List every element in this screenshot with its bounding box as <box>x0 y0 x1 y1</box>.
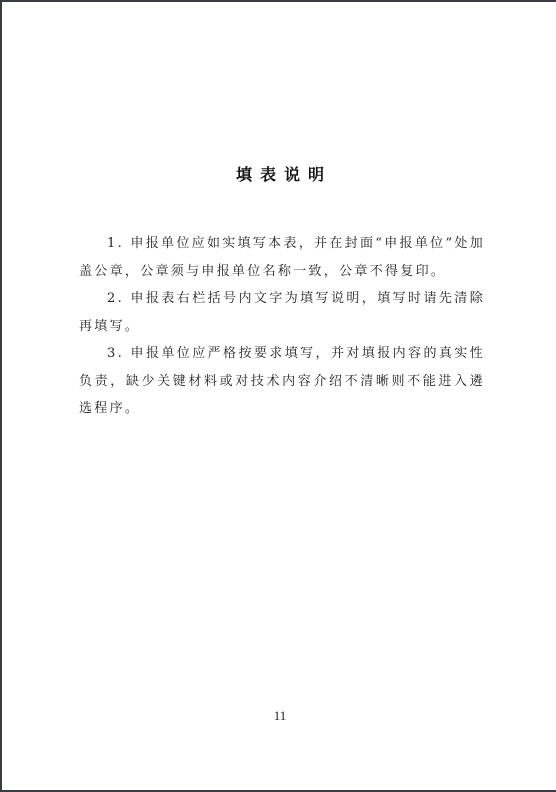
page-title: 填表说明 <box>2 162 556 185</box>
instruction-paragraph-2: 2. 申报表右栏括号内文字为填写说明，填写时请先清除再填写。 <box>79 285 485 340</box>
instruction-paragraph-1: 1. 申报单位应如实填写本表，并在封面“申报单位”处加盖公章，公章须与申报单位名… <box>79 230 485 285</box>
instruction-paragraph-3: 3. 申报单位应严格按要求填写，并对填报内容的真实性负责，缺少关键材料或对技术内… <box>79 340 485 423</box>
document-page: 填表说明 1. 申报单位应如实填写本表，并在封面“申报单位”处加盖公章，公章须与… <box>0 0 556 792</box>
instructions-body: 1. 申报单位应如实填写本表，并在封面“申报单位”处加盖公章，公章须与申报单位名… <box>79 230 485 423</box>
page-number: 11 <box>2 708 556 724</box>
